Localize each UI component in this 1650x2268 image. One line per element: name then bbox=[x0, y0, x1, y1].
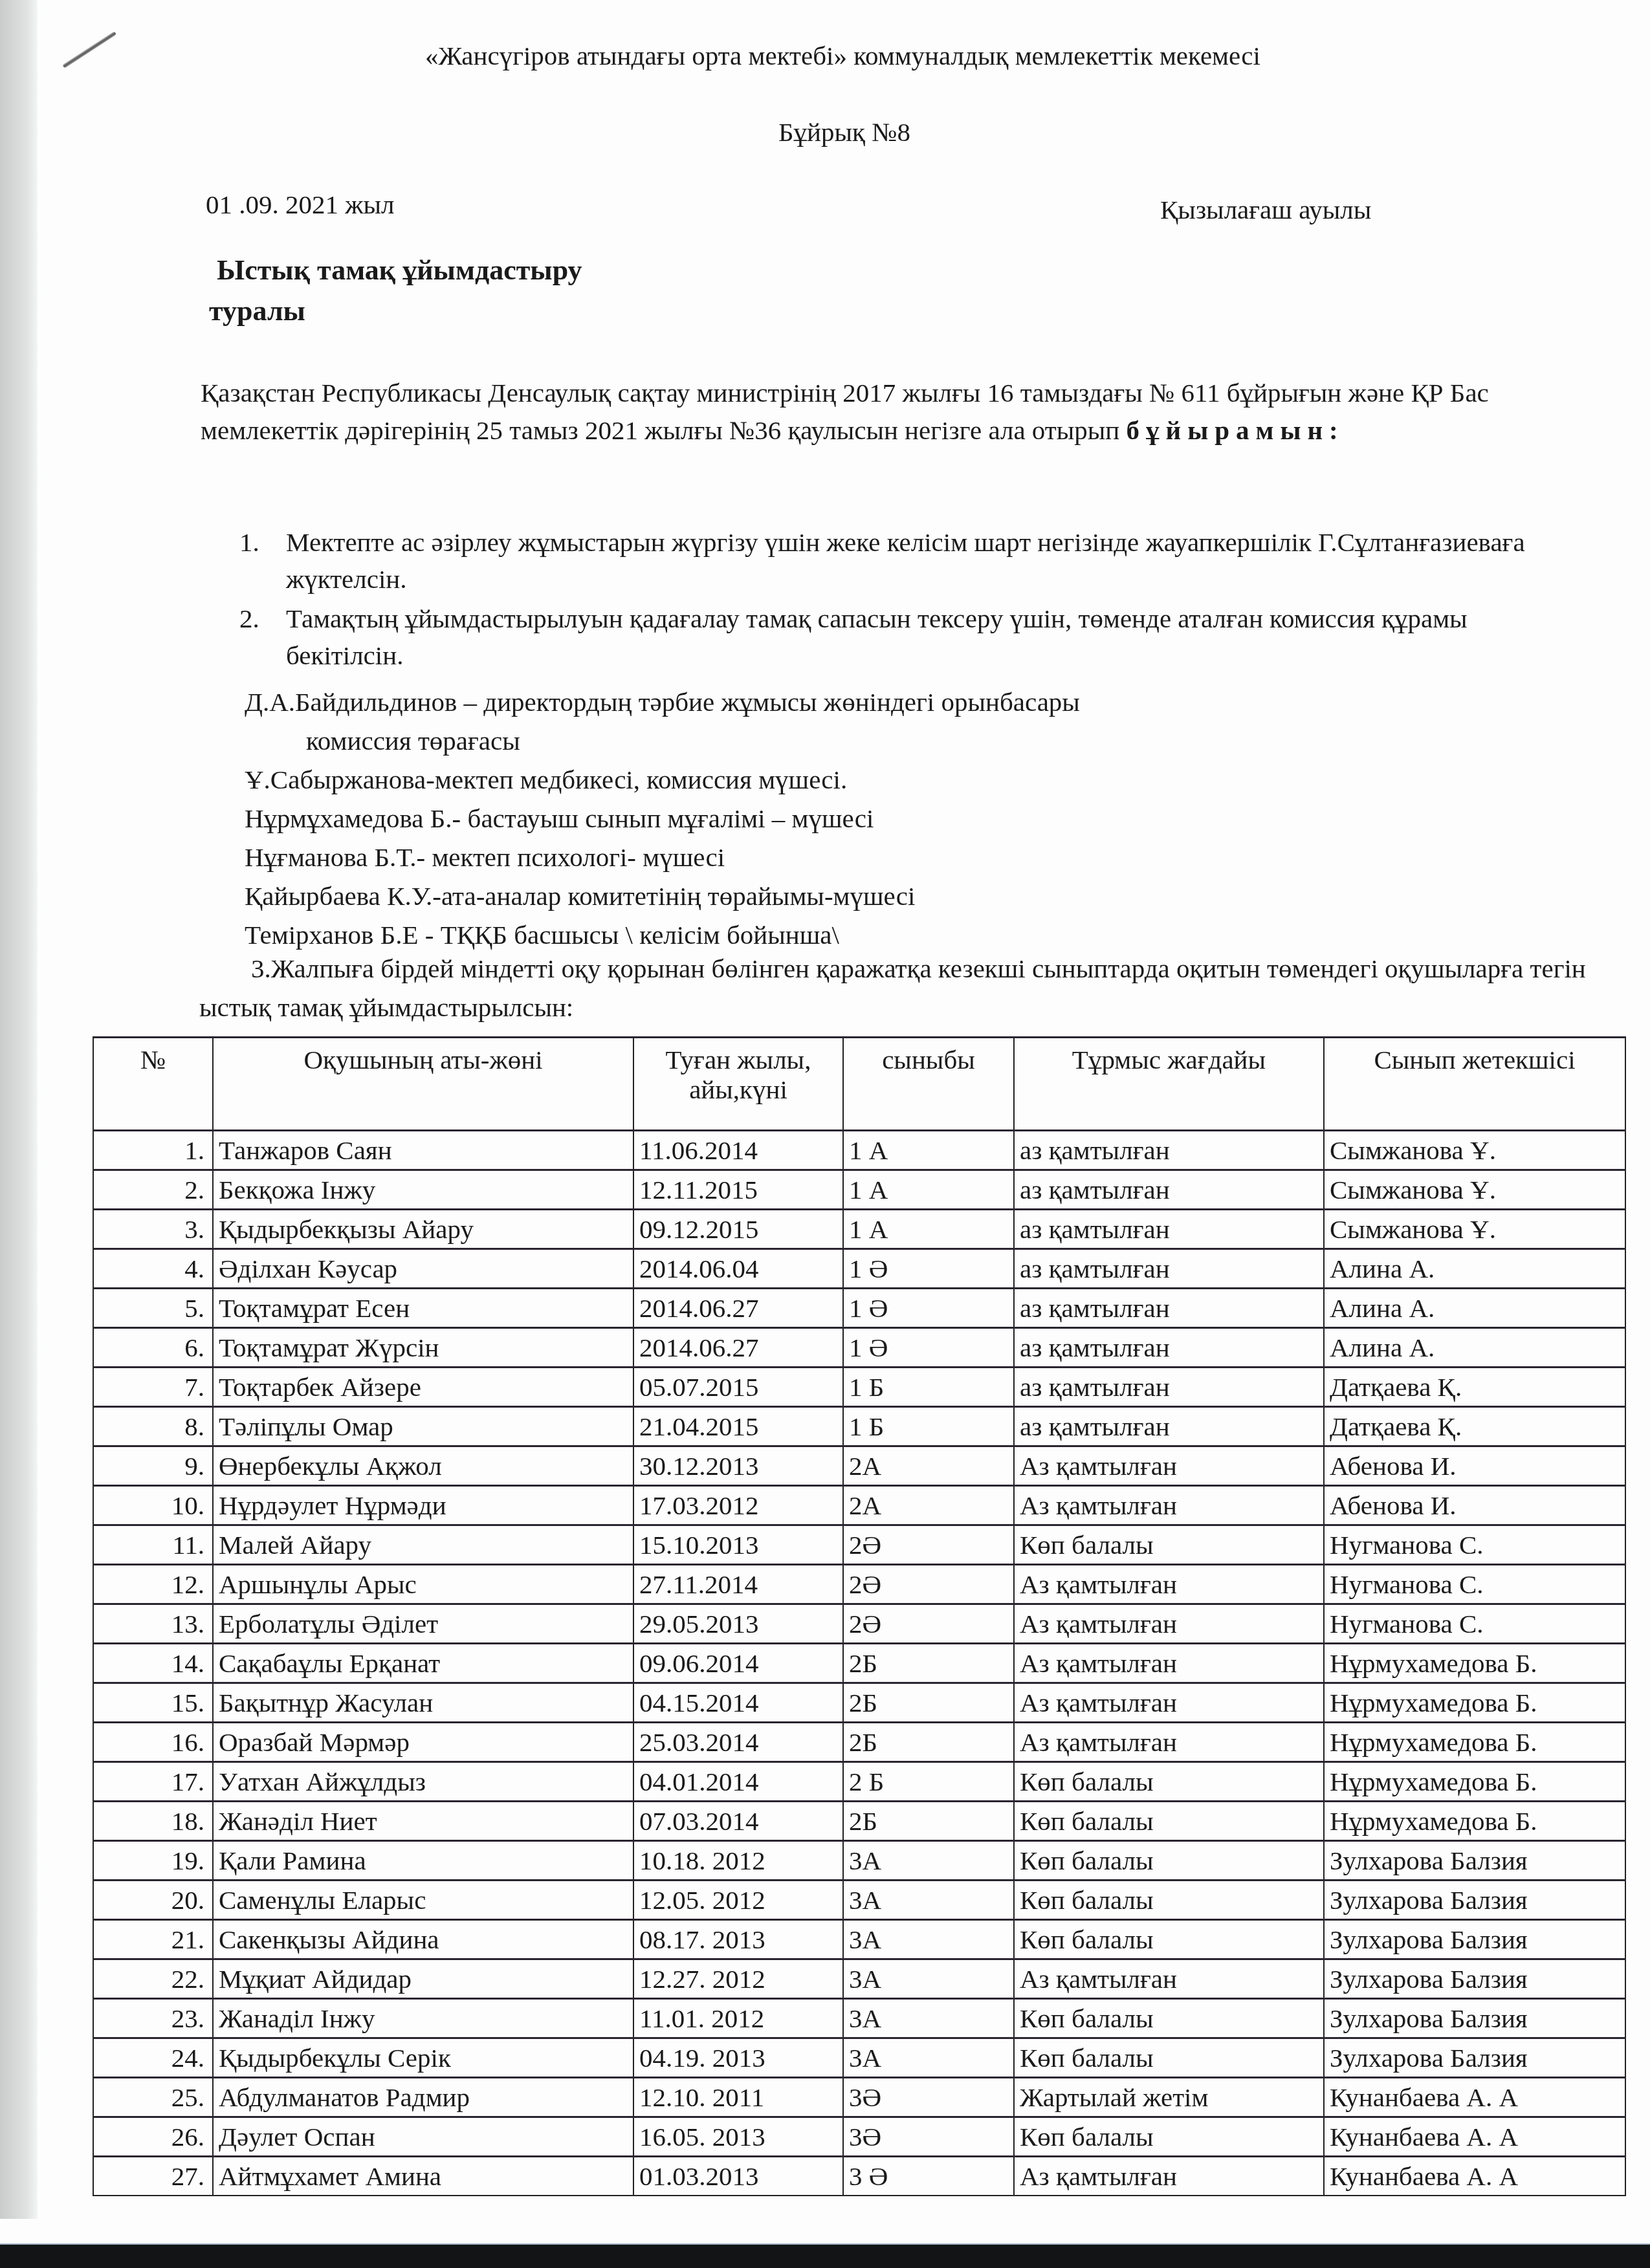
class-teacher: Нугманова С. bbox=[1324, 1604, 1625, 1644]
birth-date: 09.12.2015 bbox=[633, 1210, 843, 1249]
class: 2Б bbox=[843, 1802, 1014, 1841]
birth-date: 12.11.2015 bbox=[633, 1170, 843, 1210]
class-teacher: Датқаева Қ. bbox=[1324, 1407, 1625, 1446]
student-name: Уатхан Айжұлдыз bbox=[213, 1762, 633, 1802]
col-social-status: Тұрмыс жағдайы bbox=[1014, 1038, 1324, 1131]
class: 1 А bbox=[843, 1170, 1014, 1210]
birth-date: 16.05. 2013 bbox=[633, 2117, 843, 2157]
table-row: 1.Танжаров Саян11.06.20141 Ааз қамтылған… bbox=[93, 1131, 1625, 1170]
class: 1 Б bbox=[843, 1407, 1014, 1446]
col-class: сыныбы bbox=[843, 1038, 1014, 1131]
row-number: 6. bbox=[93, 1328, 213, 1368]
class-teacher: Кунанбаева А. А bbox=[1324, 2078, 1625, 2117]
table-row: 5.Тоқтамұрат Есен2014.06.271 Әаз қамтылғ… bbox=[93, 1289, 1625, 1328]
subject-line-1: Ыстық тамақ ұйымдастыру bbox=[217, 254, 582, 287]
order-item: 2.Тамақтың ұйымдастырылуын қадағалау там… bbox=[239, 600, 1579, 674]
birth-date: 21.04.2015 bbox=[633, 1407, 843, 1446]
order-item-number: 1. bbox=[239, 524, 286, 598]
social-status: Аз қамтылған bbox=[1014, 1486, 1324, 1525]
social-status: Аз қамтылған bbox=[1014, 1959, 1324, 1999]
class: 1 Ә bbox=[843, 1328, 1014, 1368]
row-number: 26. bbox=[93, 2117, 213, 2157]
birth-date: 2014.06.04 bbox=[633, 1249, 843, 1289]
class: 2Б bbox=[843, 1683, 1014, 1723]
student-name: Қали Рамина bbox=[213, 1841, 633, 1881]
student-name: Сақабаұлы Ерқанат bbox=[213, 1644, 633, 1683]
birth-date: 12.10. 2011 bbox=[633, 2078, 843, 2117]
class: 2Б bbox=[843, 1644, 1014, 1683]
class: 2Б bbox=[843, 1723, 1014, 1762]
student-name: Танжаров Саян bbox=[213, 1131, 633, 1170]
birth-date: 08.17. 2013 bbox=[633, 1920, 843, 1959]
social-status: аз қамтылған bbox=[1014, 1210, 1324, 1249]
table-row: 18.Жанәділ Ниет07.03.20142БКөп балалыНұр… bbox=[93, 1802, 1625, 1841]
student-name: Тоқтамұрат Есен bbox=[213, 1289, 633, 1328]
row-number: 24. bbox=[93, 2038, 213, 2078]
table-row: 15.Бақытнұр Жасулан04.15.20142БАз қамтыл… bbox=[93, 1683, 1625, 1723]
table-header-row: № Оқушының аты-жөні Туған жылы, айы,күні… bbox=[93, 1038, 1625, 1131]
table-row: 6.Тоқтамұрат Жүрсін2014.06.271 Әаз қамты… bbox=[93, 1328, 1625, 1368]
class-teacher: Алина А. bbox=[1324, 1328, 1625, 1368]
birth-date: 05.07.2015 bbox=[633, 1368, 843, 1407]
subject-line-2: туралы bbox=[209, 294, 305, 327]
row-number: 7. bbox=[93, 1368, 213, 1407]
preamble: Қазақстан Республикасы Денсаулық сақтау … bbox=[201, 374, 1559, 449]
table-row: 19.Қали Рамина10.18. 20123АКөп балалыЗул… bbox=[93, 1841, 1625, 1881]
table-row: 25.Абдулманатов Радмир12.10. 20113ӘЖарты… bbox=[93, 2078, 1625, 2117]
row-number: 20. bbox=[93, 1881, 213, 1920]
social-status: аз қамтылған bbox=[1014, 1407, 1324, 1446]
class-teacher: Нугманова С. bbox=[1324, 1565, 1625, 1604]
social-status: Көп балалы bbox=[1014, 1920, 1324, 1959]
class-teacher: Алина А. bbox=[1324, 1289, 1625, 1328]
row-number: 4. bbox=[93, 1249, 213, 1289]
student-name: Жанаділ Інжу bbox=[213, 1999, 633, 2038]
class: 3 Ә bbox=[843, 2157, 1014, 2196]
commission-member: Д.А.Байдильдинов – директордың тәрбие жұ… bbox=[245, 682, 1080, 721]
class-teacher: Кунанбаева А. А bbox=[1324, 2117, 1625, 2157]
class-teacher: Нұрмухамедова Б. bbox=[1324, 1683, 1625, 1723]
student-name: Абдулманатов Радмир bbox=[213, 2078, 633, 2117]
birth-date: 11.01. 2012 bbox=[633, 1999, 843, 2038]
social-status: аз қамтылған bbox=[1014, 1328, 1324, 1368]
birth-date: 09.06.2014 bbox=[633, 1644, 843, 1683]
row-number: 14. bbox=[93, 1644, 213, 1683]
social-status: Көп балалы bbox=[1014, 1881, 1324, 1920]
row-number: 13. bbox=[93, 1604, 213, 1644]
student-name: Жанәділ Ниет bbox=[213, 1802, 633, 1841]
social-status: Аз қамтылған bbox=[1014, 2157, 1324, 2196]
birth-date: 01.03.2013 bbox=[633, 2157, 843, 2196]
class: 3А bbox=[843, 1841, 1014, 1881]
students-table: № Оқушының аты-жөні Туған жылы, айы,күні… bbox=[93, 1036, 1626, 2196]
table-row: 14.Сақабаұлы Ерқанат09.06.20142БАз қамты… bbox=[93, 1644, 1625, 1683]
student-name: Қыдырбекұлы Серік bbox=[213, 2038, 633, 2078]
birth-date: 17.03.2012 bbox=[633, 1486, 843, 1525]
class: 1 А bbox=[843, 1210, 1014, 1249]
class-teacher: Нұрмухамедова Б. bbox=[1324, 1762, 1625, 1802]
order-items: 1.Мектепте ас әзірлеу жұмыстарын жүргізу… bbox=[239, 524, 1579, 674]
birth-date: 11.06.2014 bbox=[633, 1131, 843, 1170]
class: 3А bbox=[843, 1959, 1014, 1999]
class-teacher: Нугманова С. bbox=[1324, 1525, 1625, 1565]
row-number: 23. bbox=[93, 1999, 213, 2038]
class: 3Ә bbox=[843, 2117, 1014, 2157]
row-number: 21. bbox=[93, 1920, 213, 1959]
social-status: Көп балалы bbox=[1014, 1525, 1324, 1565]
social-status: Аз қамтылған bbox=[1014, 1644, 1324, 1683]
class-teacher: Зулхарова Балзия bbox=[1324, 1959, 1625, 1999]
student-name: Сакенқызы Айдина bbox=[213, 1920, 633, 1959]
class-teacher: Абенова И. bbox=[1324, 1486, 1625, 1525]
col-number: № bbox=[93, 1038, 213, 1131]
birth-date: 27.11.2014 bbox=[633, 1565, 843, 1604]
table-row: 17.Уатхан Айжұлдыз04.01.20142 БКөп балал… bbox=[93, 1762, 1625, 1802]
class-teacher: Нұрмухамедова Б. bbox=[1324, 1802, 1625, 1841]
commission-member: Ұ.Сабыржанова-мектеп медбикесі, комиссия… bbox=[245, 760, 1080, 799]
table-row: 21.Сакенқызы Айдина08.17. 20133АКөп бала… bbox=[93, 1920, 1625, 1959]
class: 1 Ә bbox=[843, 1289, 1014, 1328]
row-number: 8. bbox=[93, 1407, 213, 1446]
table-row: 27.Айтмұхамет Амина01.03.20133 ӘАз қамты… bbox=[93, 2157, 1625, 2196]
student-name: Тәліпұлы Омар bbox=[213, 1407, 633, 1446]
class: 2Ә bbox=[843, 1604, 1014, 1644]
table-row: 8.Тәліпұлы Омар21.04.20151 Баз қамтылған… bbox=[93, 1407, 1625, 1446]
order-place: Қызылағаш ауылы bbox=[1160, 194, 1371, 225]
social-status: Аз қамтылған bbox=[1014, 1723, 1324, 1762]
class: 2Ә bbox=[843, 1525, 1014, 1565]
student-name: Әділхан Кәусар bbox=[213, 1249, 633, 1289]
table-row: 12.Аршынұлы Арыс27.11.20142ӘАз қамтылған… bbox=[93, 1565, 1625, 1604]
birth-date: 2014.06.27 bbox=[633, 1328, 843, 1368]
student-name: Оразбай Мәрмәр bbox=[213, 1723, 633, 1762]
class-teacher: Датқаева Қ. bbox=[1324, 1368, 1625, 1407]
class: 2Ә bbox=[843, 1565, 1014, 1604]
student-name: Мұқиат Айдидар bbox=[213, 1959, 633, 1999]
birth-date: 04.15.2014 bbox=[633, 1683, 843, 1723]
social-status: Көп балалы bbox=[1014, 2038, 1324, 2078]
commission-member: комиссия төрағасы bbox=[245, 721, 1080, 760]
student-name: Бақытнұр Жасулан bbox=[213, 1683, 633, 1723]
class-teacher: Сымжанова Ұ. bbox=[1324, 1131, 1625, 1170]
social-status: Көп балалы bbox=[1014, 1999, 1324, 2038]
preamble-emphasis: бұйырамын: bbox=[1127, 415, 1345, 445]
social-status: аз қамтылған bbox=[1014, 1368, 1324, 1407]
social-status: Көп балалы bbox=[1014, 1762, 1324, 1802]
birth-date: 04.01.2014 bbox=[633, 1762, 843, 1802]
class-teacher: Зулхарова Балзия bbox=[1324, 1841, 1625, 1881]
class: 3А bbox=[843, 2038, 1014, 2078]
class: 1 А bbox=[843, 1131, 1014, 1170]
student-name: Дәулет Оспан bbox=[213, 2117, 633, 2157]
social-status: аз қамтылған bbox=[1014, 1289, 1324, 1328]
social-status: Жартылай жетім bbox=[1014, 2078, 1324, 2117]
commission-list: Д.А.Байдильдинов – директордың тәрбие жұ… bbox=[245, 682, 1080, 954]
class-teacher: Абенова И. bbox=[1324, 1446, 1625, 1486]
class: 2 Б bbox=[843, 1762, 1014, 1802]
row-number: 12. bbox=[93, 1565, 213, 1604]
student-name: Тоқтамұрат Жүрсін bbox=[213, 1328, 633, 1368]
table-row: 13.Ерболатұлы Әділет29.05.20132ӘАз қамты… bbox=[93, 1604, 1625, 1644]
order-date: 01 .09. 2021 жыл bbox=[206, 189, 395, 220]
social-status: Аз қамтылған bbox=[1014, 1683, 1324, 1723]
class: 1 Б bbox=[843, 1368, 1014, 1407]
student-name: Нұрдәулет Нұрмәди bbox=[213, 1486, 633, 1525]
commission-member: Нұғманова Б.Т.- мектеп психологі- мүшесі bbox=[245, 838, 1080, 877]
commission-member: Нұрмұхамедова Б.- бастауыш сынып мұғалім… bbox=[245, 799, 1080, 838]
birth-date: 12.27. 2012 bbox=[633, 1959, 843, 1999]
order-item-text: Тамақтың ұйымдастырылуын қадағалау тамақ… bbox=[286, 600, 1579, 674]
class-teacher: Кунанбаева А. А bbox=[1324, 2157, 1625, 2196]
student-name: Қыдырбекқызы Айару bbox=[213, 1210, 633, 1249]
row-number: 5. bbox=[93, 1289, 213, 1328]
birth-date: 15.10.2013 bbox=[633, 1525, 843, 1565]
class: 2А bbox=[843, 1446, 1014, 1486]
class: 3Ә bbox=[843, 2078, 1014, 2117]
class: 3А bbox=[843, 1881, 1014, 1920]
class-teacher: Зулхарова Балзия bbox=[1324, 1999, 1625, 2038]
birth-date: 25.03.2014 bbox=[633, 1723, 843, 1762]
order-item: 1.Мектепте ас әзірлеу жұмыстарын жүргізу… bbox=[239, 524, 1579, 598]
row-number: 11. bbox=[93, 1525, 213, 1565]
student-name: Тоқтарбек Айзере bbox=[213, 1368, 633, 1407]
table-row: 24.Қыдырбекұлы Серік04.19. 20133АКөп бал… bbox=[93, 2038, 1625, 2078]
student-name: Саменұлы Еларыс bbox=[213, 1881, 633, 1920]
class-teacher: Зулхарова Балзия bbox=[1324, 2038, 1625, 2078]
student-name: Малей Айару bbox=[213, 1525, 633, 1565]
table-row: 23.Жанаділ Інжу11.01. 20123АКөп балалыЗу… bbox=[93, 1999, 1625, 2038]
order-item-number: 2. bbox=[239, 600, 286, 674]
table-row: 16.Оразбай Мәрмәр25.03.20142БАз қамтылға… bbox=[93, 1723, 1625, 1762]
birth-date: 04.19. 2013 bbox=[633, 2038, 843, 2078]
social-status: Аз қамтылған bbox=[1014, 1565, 1324, 1604]
order-item-text: Мектепте ас әзірлеу жұмыстарын жүргізу ү… bbox=[286, 524, 1579, 598]
birth-date: 12.05. 2012 bbox=[633, 1881, 843, 1920]
birth-date: 10.18. 2012 bbox=[633, 1841, 843, 1881]
row-number: 16. bbox=[93, 1723, 213, 1762]
scanner-edge bbox=[0, 2243, 1650, 2268]
table-row: 22.Мұқиат Айдидар12.27. 20123ААз қамтылғ… bbox=[93, 1959, 1625, 1999]
class-teacher: Зулхарова Балзия bbox=[1324, 1881, 1625, 1920]
scanner-margin bbox=[0, 0, 38, 2219]
class-teacher: Нұрмухамедова Б. bbox=[1324, 1644, 1625, 1683]
social-status: аз қамтылған bbox=[1014, 1170, 1324, 1210]
row-number: 9. bbox=[93, 1446, 213, 1486]
col-birth-date: Туған жылы, айы,күні bbox=[633, 1038, 843, 1131]
birth-date: 2014.06.27 bbox=[633, 1289, 843, 1328]
row-number: 25. bbox=[93, 2078, 213, 2117]
order-title: Бұйрық №8 bbox=[0, 116, 1650, 147]
table-row: 11.Малей Айару15.10.20132ӘКөп балалыНугм… bbox=[93, 1525, 1625, 1565]
table-row: 2.Бекқожа Інжу12.11.20151 Ааз қамтылғанС… bbox=[93, 1170, 1625, 1210]
social-status: Аз қамтылған bbox=[1014, 1604, 1324, 1644]
student-name: Өнербекұлы Ақжол bbox=[213, 1446, 633, 1486]
class: 2А bbox=[843, 1486, 1014, 1525]
order-item-3: 3.Жалпыға бірдей міндетті оқу қорынан бө… bbox=[199, 949, 1623, 1027]
class-teacher: Сымжанова Ұ. bbox=[1324, 1170, 1625, 1210]
table-row: 9.Өнербекұлы Ақжол30.12.20132ААз қамтылғ… bbox=[93, 1446, 1625, 1486]
row-number: 19. bbox=[93, 1841, 213, 1881]
table-row: 20.Саменұлы Еларыс12.05. 20123АКөп балал… bbox=[93, 1881, 1625, 1920]
class-teacher: Зулхарова Балзия bbox=[1324, 1920, 1625, 1959]
social-status: аз қамтылған bbox=[1014, 1249, 1324, 1289]
table-row: 7.Тоқтарбек Айзере05.07.20151 Баз қамтыл… bbox=[93, 1368, 1625, 1407]
row-number: 18. bbox=[93, 1802, 213, 1841]
class: 3А bbox=[843, 1920, 1014, 1959]
commission-member: Темірханов Б.Е - ТҚҚБ басшысы \ келісім … bbox=[245, 915, 1080, 954]
class: 1 Ә bbox=[843, 1249, 1014, 1289]
table-row: 4.Әділхан Кәусар2014.06.041 Әаз қамтылға… bbox=[93, 1249, 1625, 1289]
row-number: 17. bbox=[93, 1762, 213, 1802]
social-status: аз қамтылған bbox=[1014, 1131, 1324, 1170]
row-number: 15. bbox=[93, 1683, 213, 1723]
student-name: Бекқожа Інжу bbox=[213, 1170, 633, 1210]
table-row: 26.Дәулет Оспан16.05. 20133ӘКөп балалыКу… bbox=[93, 2117, 1625, 2157]
col-student-name: Оқушының аты-жөні bbox=[213, 1038, 633, 1131]
row-number: 27. bbox=[93, 2157, 213, 2196]
class-teacher: Алина А. bbox=[1324, 1249, 1625, 1289]
row-number: 1. bbox=[93, 1131, 213, 1170]
table-row: 3.Қыдырбекқызы Айару09.12.20151 Ааз қамт… bbox=[93, 1210, 1625, 1249]
commission-member: Қайырбаева К.У.-ата-аналар комитетінің т… bbox=[245, 877, 1080, 915]
birth-date: 07.03.2014 bbox=[633, 1802, 843, 1841]
class-teacher: Нұрмухамедова Б. bbox=[1324, 1723, 1625, 1762]
social-status: Көп балалы bbox=[1014, 1841, 1324, 1881]
row-number: 22. bbox=[93, 1959, 213, 1999]
row-number: 10. bbox=[93, 1486, 213, 1525]
student-name: Ерболатұлы Әділет bbox=[213, 1604, 633, 1644]
row-number: 2. bbox=[93, 1170, 213, 1210]
student-name: Аршынұлы Арыс bbox=[213, 1565, 633, 1604]
institution-header: «Жансүгіров атындағы орта мектебі» комму… bbox=[0, 40, 1650, 71]
table-row: 10.Нұрдәулет Нұрмәди17.03.20122ААз қамты… bbox=[93, 1486, 1625, 1525]
social-status: Көп балалы bbox=[1014, 1802, 1324, 1841]
social-status: Көп балалы bbox=[1014, 2117, 1324, 2157]
social-status: Аз қамтылған bbox=[1014, 1446, 1324, 1486]
birth-date: 30.12.2013 bbox=[633, 1446, 843, 1486]
class-teacher: Сымжанова Ұ. bbox=[1324, 1210, 1625, 1249]
col-class-teacher: Сынып жетекшісі bbox=[1324, 1038, 1625, 1131]
class: 3А bbox=[843, 1999, 1014, 2038]
student-name: Айтмұхамет Амина bbox=[213, 2157, 633, 2196]
birth-date: 29.05.2013 bbox=[633, 1604, 843, 1644]
row-number: 3. bbox=[93, 1210, 213, 1249]
